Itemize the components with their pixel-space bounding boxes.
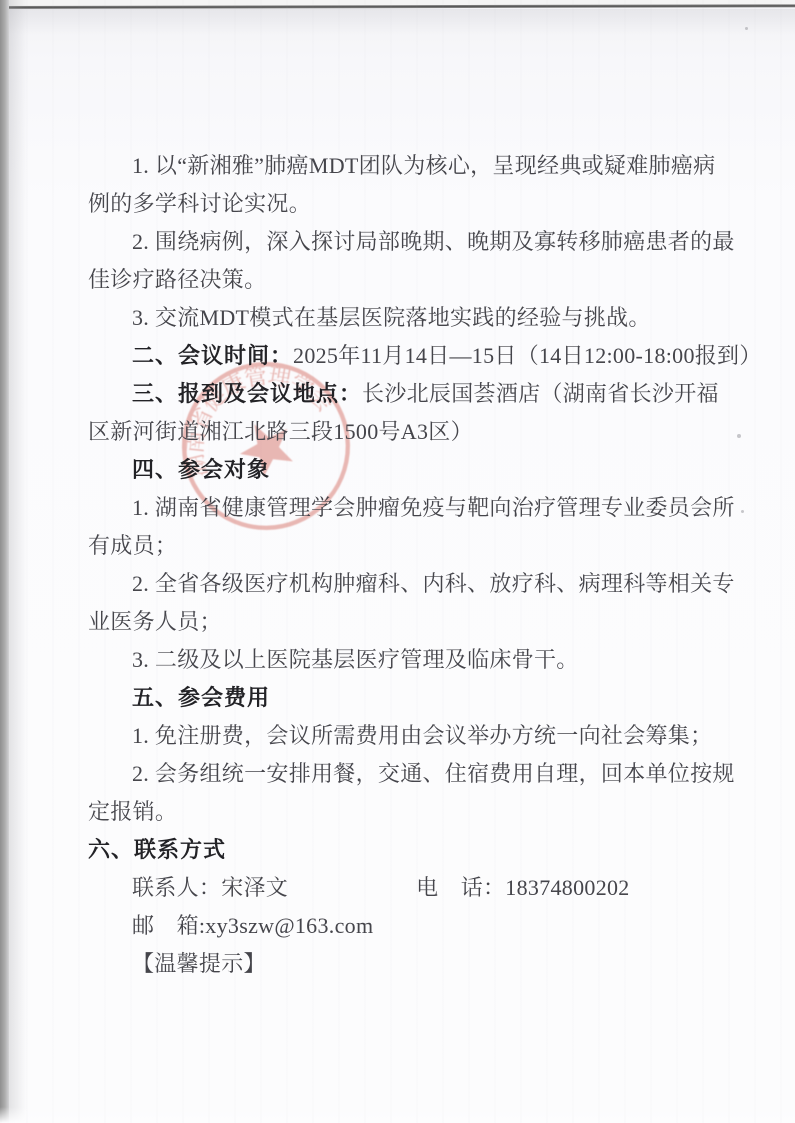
doc-line: 联系人：宋泽文电 话：18374800202 — [88, 869, 774, 907]
doc-line: 2. 会务组统一安排用餐，交通、住宿费用自理，回本单位按规 — [88, 755, 774, 793]
paper-left-edge — [0, 0, 9, 1123]
doc-text: 3. 二级及以上医院基层医疗管理及临床骨干。 — [132, 647, 579, 672]
doc-line: 例的多学科讨论实况。 — [88, 185, 774, 223]
doc-text: 定报销。 — [88, 799, 177, 824]
doc-text: 有成员； — [88, 533, 177, 558]
doc-text: 佳诊疗路径决策。 — [88, 267, 266, 292]
doc-line: 三、报到及会议地点：长沙北辰国荟酒店（湖南省长沙开福 — [88, 375, 774, 413]
doc-text: 3. 交流MDT模式在基层医院落地实践的经验与挑战。 — [132, 305, 651, 330]
doc-line: 3. 交流MDT模式在基层医院落地实践的经验与挑战。 — [88, 299, 774, 337]
doc-text: 区新河街道湘江北路三段1500号A3区） — [88, 419, 473, 444]
doc-line: 五、参会费用 — [88, 679, 774, 717]
doc-line: 佳诊疗路径决策。 — [88, 261, 774, 299]
doc-text: 例的多学科讨论实况。 — [88, 191, 311, 216]
document-body: 1. 以“新湘雅”肺癌MDT团队为核心，呈现经典或疑难肺癌病例的多学科讨论实况。… — [88, 147, 774, 983]
doc-line: 六、联系方式 — [88, 831, 774, 869]
doc-text: 业医务人员； — [88, 609, 222, 634]
paper-left-shadow — [9, 0, 27, 1123]
doc-heading-text: 六、联系方式 — [88, 837, 226, 862]
doc-text: 1. 免注册费，会议所需费用由会议举办方统一向社会筹集； — [132, 723, 712, 748]
doc-line: 3. 二级及以上医院基层医疗管理及临床骨干。 — [88, 641, 774, 679]
scan-speck — [745, 27, 748, 30]
doc-line: 1. 免注册费，会议所需费用由会议举办方统一向社会筹集； — [88, 717, 774, 755]
doc-heading-text: 二、会议时间： — [132, 343, 293, 368]
doc-text: 2025年11月14日—15日（14日12:00-18:00报到） — [293, 343, 762, 368]
paper-top-shadow — [0, 9, 795, 35]
doc-line: 四、参会对象 — [88, 451, 774, 489]
doc-line: 邮 箱:xy3szw@163.com — [88, 907, 774, 945]
doc-text: 联系人：宋泽文 — [132, 875, 288, 900]
doc-text: 2. 会务组统一安排用餐，交通、住宿费用自理，回本单位按规 — [132, 761, 735, 786]
doc-line: 2. 全省各级医疗机构肿瘤科、内科、放疗科、病理科等相关专 — [88, 565, 774, 603]
doc-line: 有成员； — [88, 527, 774, 565]
doc-line: 区新河街道湘江北路三段1500号A3区） — [88, 413, 774, 451]
doc-text: 【温馨提示】 — [132, 951, 266, 976]
doc-text: 1. 湖南省健康管理学会肿瘤免疫与靶向治疗管理专业委员会所 — [132, 495, 735, 520]
doc-heading-text: 三、报到及会议地点： — [132, 381, 362, 406]
doc-line: 【温馨提示】 — [88, 945, 774, 983]
doc-line: 1. 湖南省健康管理学会肿瘤免疫与靶向治疗管理专业委员会所 — [88, 489, 774, 527]
doc-line: 业医务人员； — [88, 603, 774, 641]
paper-bottom-edge — [0, 1107, 795, 1123]
doc-text: 2. 全省各级医疗机构肿瘤科、内科、放疗科、病理科等相关专 — [132, 571, 735, 596]
doc-text: 邮 箱:xy3szw@163.com — [132, 913, 373, 938]
doc-text: 长沙北辰国荟酒店（湖南省长沙开福 — [362, 381, 719, 406]
doc-text: 电 话：18374800202 — [416, 875, 630, 900]
doc-line: 定报销。 — [88, 793, 774, 831]
doc-heading-text: 四、参会对象 — [132, 457, 270, 482]
doc-line: 2. 围绕病例，深入探讨局部晚期、晚期及寡转移肺癌患者的最 — [88, 223, 774, 261]
doc-text: 1. 以“新湘雅”肺癌MDT团队为核心，呈现经典或疑难肺癌病 — [132, 153, 715, 178]
doc-line: 二、会议时间：2025年11月14日—15日（14日12:00-18:00报到） — [88, 337, 774, 375]
doc-line: 1. 以“新湘雅”肺癌MDT团队为核心，呈现经典或疑难肺癌病 — [88, 147, 774, 185]
doc-text: 2. 围绕病例，深入探讨局部晚期、晚期及寡转移肺癌患者的最 — [132, 229, 735, 254]
scanned-document-page: 湖南省健康管理学会 1. 以“新湘雅”肺癌MDT团队为核心，呈现经典或疑难肺癌病… — [0, 0, 795, 1123]
doc-heading-text: 五、参会费用 — [132, 685, 270, 710]
